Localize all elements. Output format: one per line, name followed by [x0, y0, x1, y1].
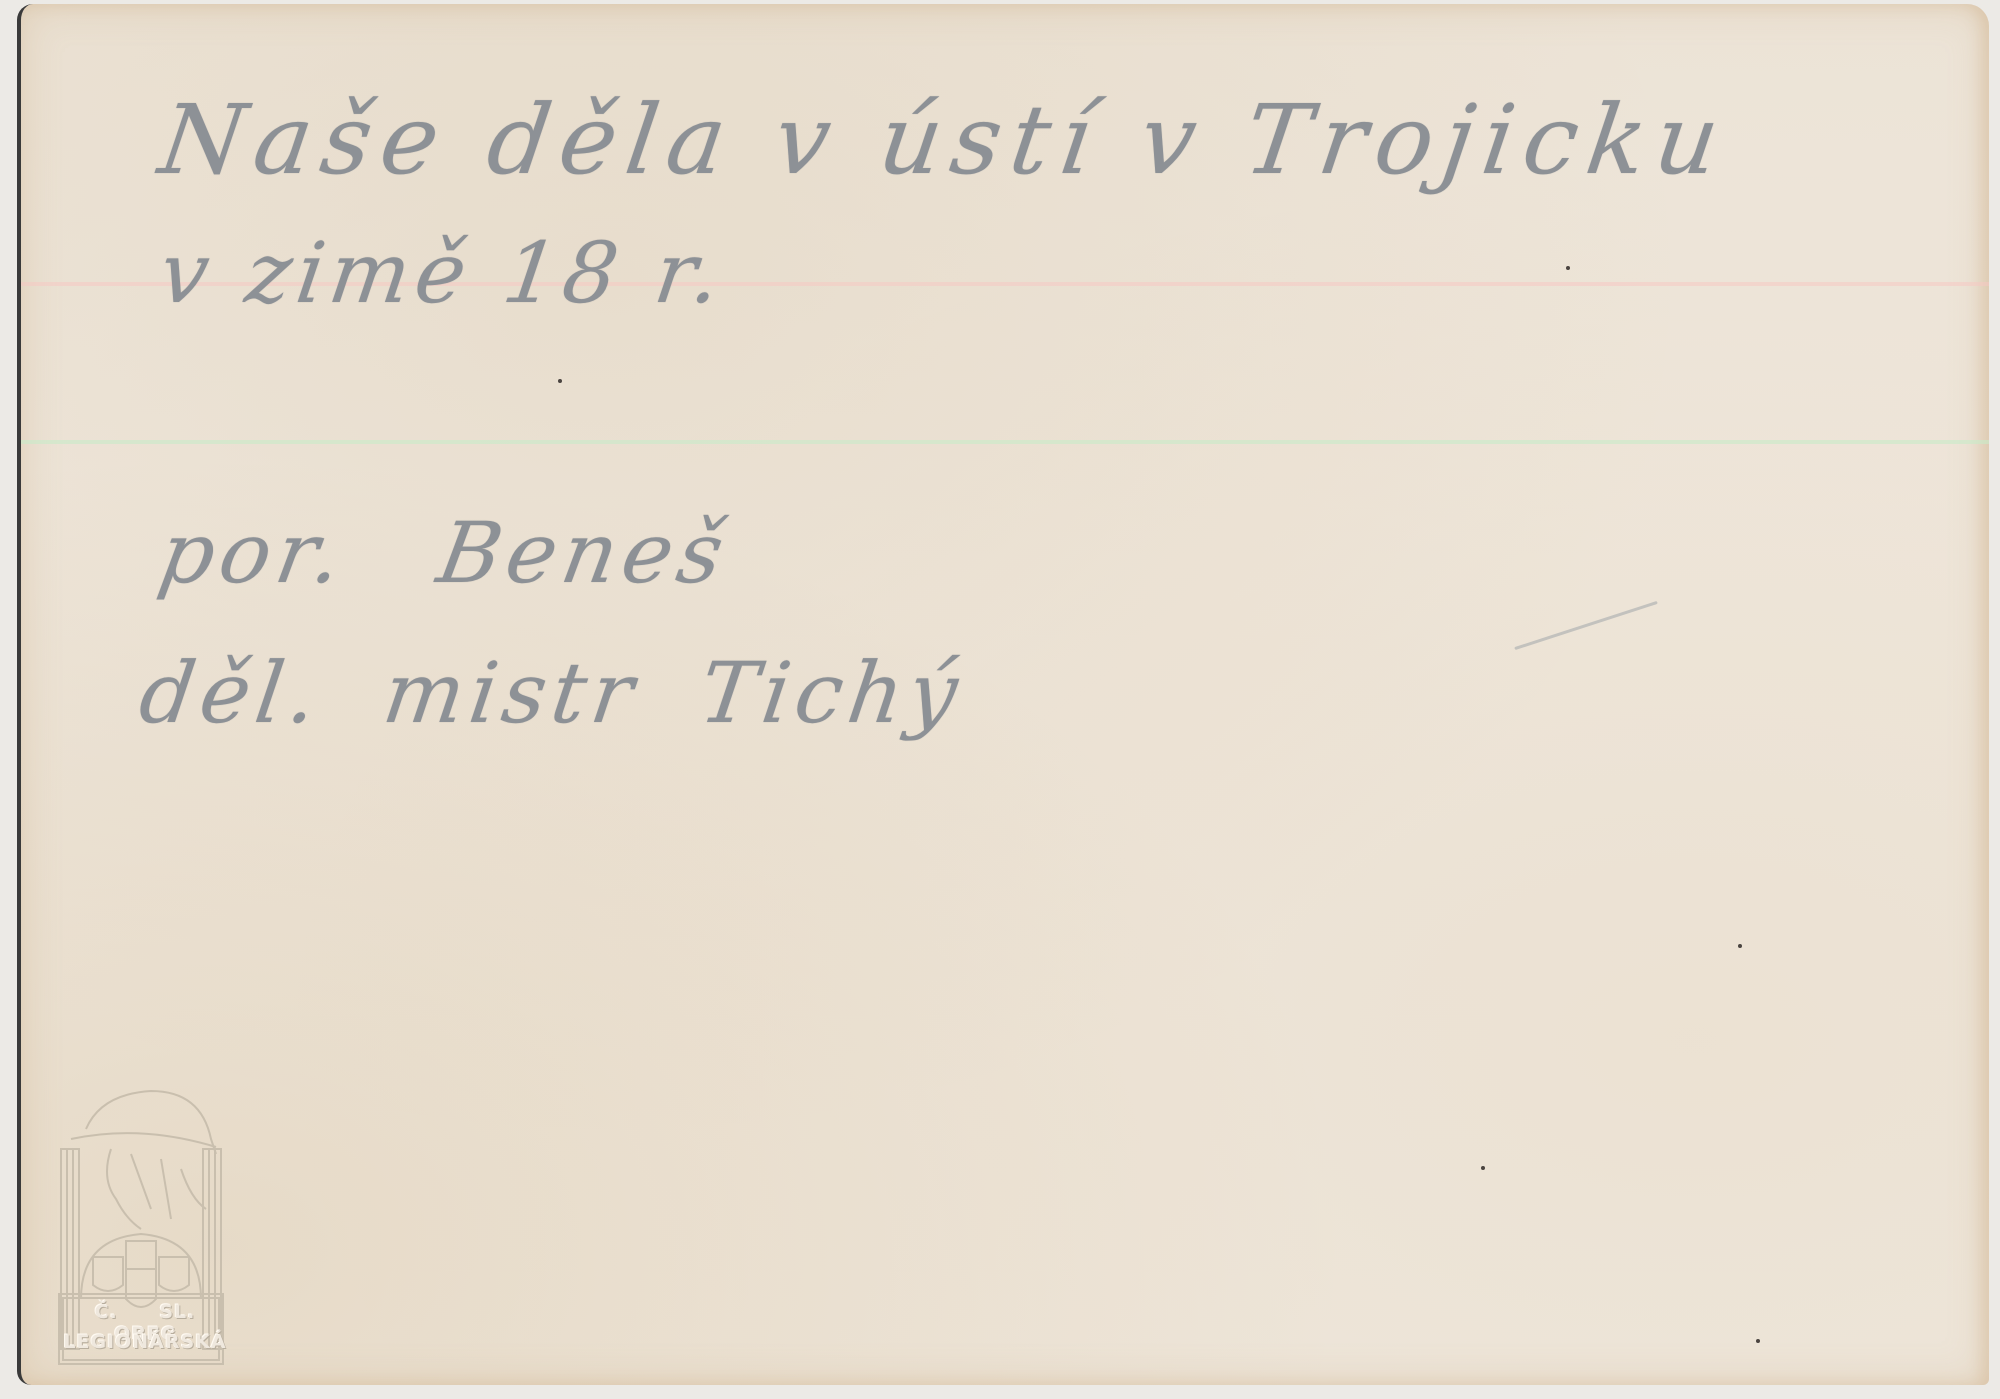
stamp-text-line-2: LEGIONÁŘSKÁ	[59, 1331, 231, 1353]
stray-pencil-mark	[1514, 601, 1658, 650]
photo-card-reverse: Naše děla v ústí v Trojicku v zimě 18 r.…	[17, 4, 1989, 1385]
handwritten-name-officer: por. Beneš	[152, 504, 736, 602]
embossed-legion-stamp: Č. SL. OBEC LEGIONÁŘSKÁ	[41, 1069, 241, 1369]
speck	[1756, 1339, 1760, 1343]
speck	[1481, 1166, 1485, 1170]
handwritten-name-master: děl. mistr Tichý	[134, 644, 969, 742]
ruled-line-green	[21, 440, 1989, 444]
handwritten-caption-line-2: v zimě 18 r.	[154, 224, 732, 322]
handwritten-caption-line-1: Naše děla v ústí v Trojicku	[153, 84, 1736, 196]
speck	[1738, 944, 1742, 948]
speck	[1566, 266, 1570, 270]
speck	[558, 379, 562, 383]
